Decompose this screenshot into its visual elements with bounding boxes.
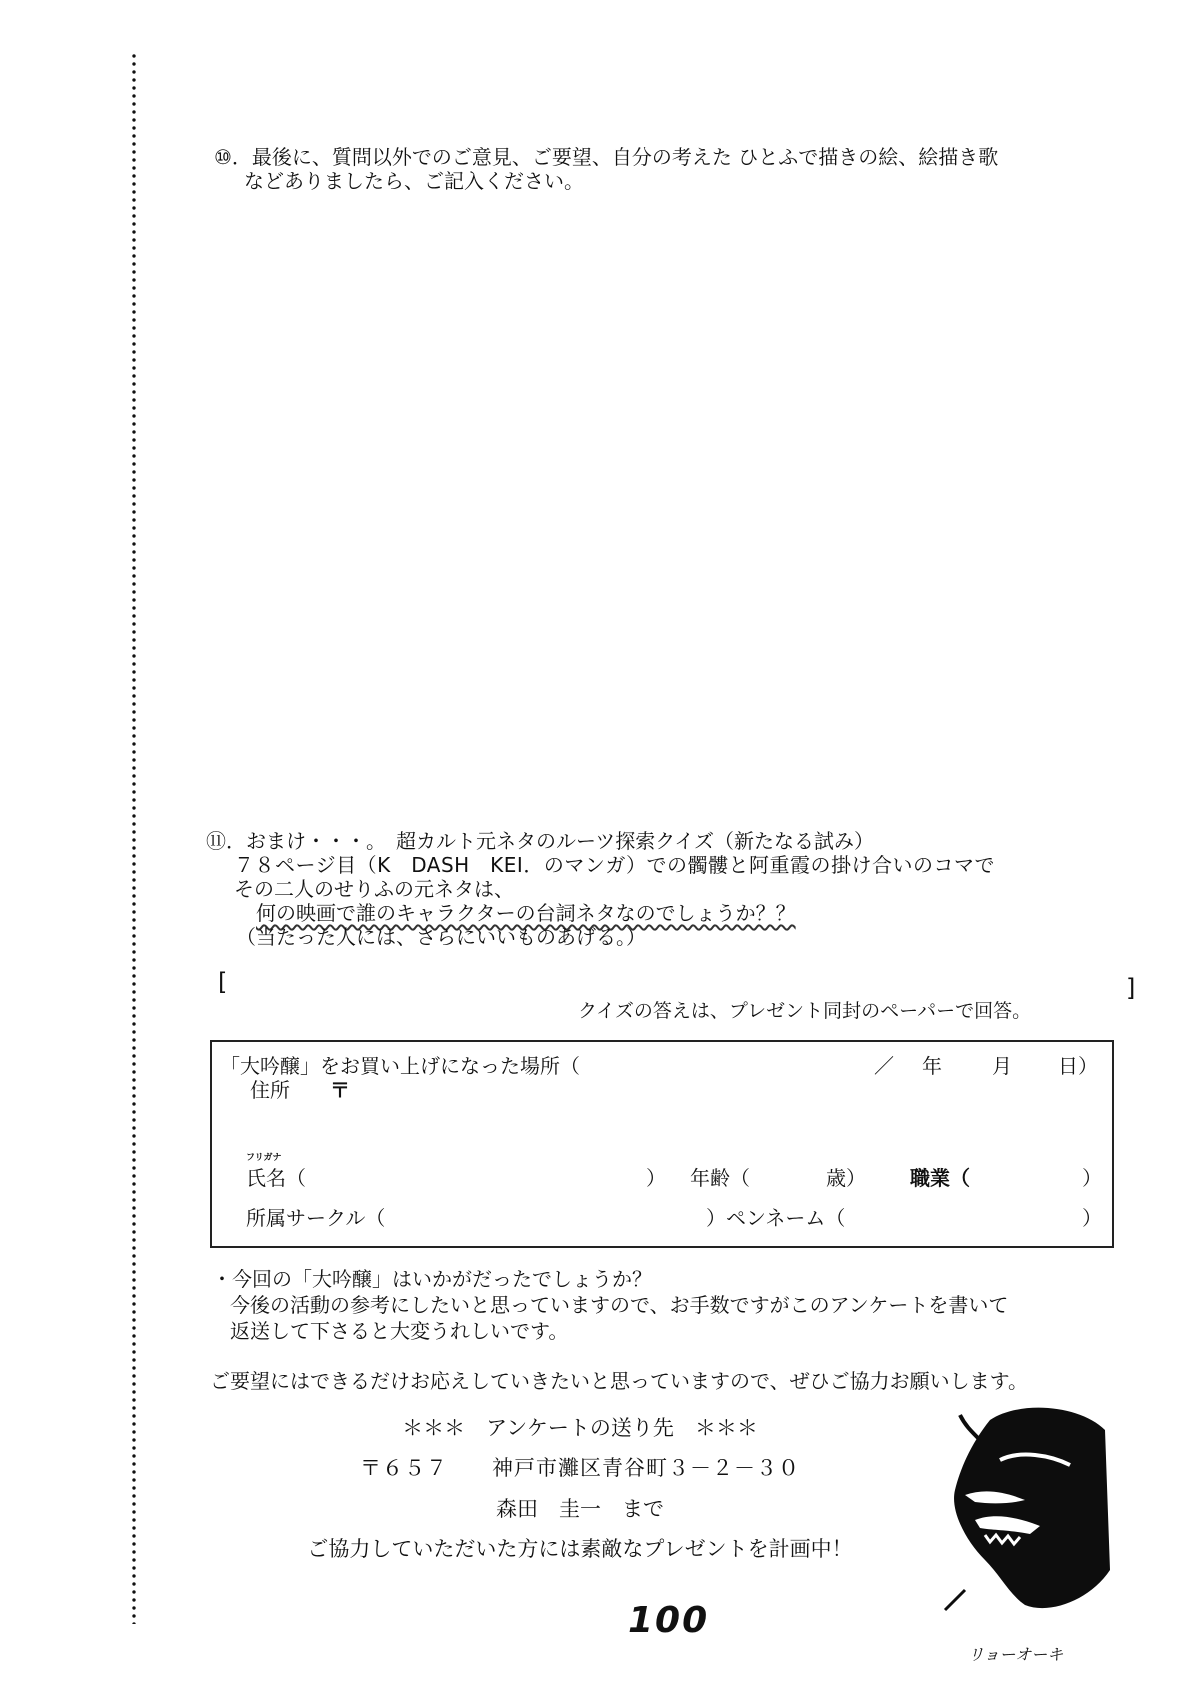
send-to-recipient: 森田 圭一 まで <box>300 1493 860 1523</box>
name-close: ） <box>646 1162 666 1191</box>
postal-mark: 〒 <box>330 1074 350 1103</box>
address-label: 住所 <box>250 1074 290 1103</box>
purchase-place-field[interactable] <box>598 1050 788 1076</box>
address-field[interactable] <box>362 1074 1062 1124</box>
age-field[interactable] <box>772 1162 812 1188</box>
penname-close: ） <box>1082 1202 1102 1231</box>
circle-field[interactable] <box>402 1202 692 1228</box>
answer-open-bracket: [ <box>218 968 227 996</box>
closing-message: ご要望にはできるだけお応えしていきたいと思っていますので、ぜひご協力お願いします… <box>210 1365 1028 1394</box>
penname-field[interactable] <box>880 1202 1070 1228</box>
question-10-line-2: などありましたら、ご記入ください。 <box>214 169 998 193</box>
penname-label: ）ペンネーム（ <box>706 1202 845 1231</box>
question-11-line-3: その二人のせりふの元ネタは、 <box>206 877 995 901</box>
question-11-line-5: （当たった人には、さらにいいものあげる。） <box>206 925 995 949</box>
monster-illustration <box>930 1400 1110 1630</box>
question-11-line-1: ⑪．おまけ・・・。 超カルト元ネタのルーツ探索クイズ（新たなる試み） <box>206 829 995 853</box>
name-label: 氏名（ <box>246 1162 306 1191</box>
send-to-address: 〒６５７ 神戸市灘区青谷町３－２－３０ <box>300 1452 860 1482</box>
survey-line-2: 今後の活動の参考にしたいと思っていますので、お手数ですがこのアンケートを書いて <box>212 1292 1008 1318</box>
dotted-cut-line <box>132 52 136 1624</box>
age-unit: 歳） <box>826 1162 866 1191</box>
present-note: ご協力していただいた方には素敵なプレゼントを計画中！ <box>300 1533 860 1563</box>
age-label: 年齢（ <box>690 1162 750 1191</box>
question-10-line-1: ⑩．最後に、質問以外でのご意見、ご要望、自分の考えた ひとふで描きの絵、絵描き歌 <box>214 145 998 169</box>
day-label: 日） <box>1058 1050 1098 1079</box>
reader-info-form: 「大吟醸」をお買い上げになった場所（ ／ 年 月 日） 住所 〒 フリガナ 氏名… <box>210 1040 1114 1248</box>
name-field[interactable] <box>332 1162 632 1188</box>
job-field[interactable] <box>982 1162 1062 1188</box>
survey-request: ・今回の「大吟醸」はいかがだったでしょうか？ 今後の活動の参考にしたいと思ってい… <box>212 1266 1008 1344</box>
survey-line-1: ・今回の「大吟醸」はいかがだったでしょうか？ <box>212 1266 1008 1292</box>
question-11: ⑪．おまけ・・・。 超カルト元ネタのルーツ探索クイズ（新たなる試み） ７８ページ… <box>206 829 995 949</box>
question-10: ⑩．最後に、質問以外でのご意見、ご要望、自分の考えた ひとふで描きの絵、絵描き歌… <box>214 145 998 193</box>
question-11-line-4: 何の映画で誰のキャラクターの台詞ネタなのでしょうか？？ <box>206 901 995 925</box>
illustrator-signature: リョーオーキ <box>968 1642 1063 1665</box>
job-label: 職業（ <box>910 1162 970 1191</box>
job-close: ） <box>1082 1162 1102 1191</box>
question-11-line-2: ７８ページ目（K DASH KEI．のマンガ）での髑髏と阿重霞の掛け合いのコマで <box>206 853 995 877</box>
send-to-title: ＊＊＊ アンケートの送り先 ＊＊＊ <box>300 1412 860 1442</box>
survey-line-3: 返送して下さると大変うれしいです。 <box>212 1318 1008 1344</box>
quiz-answer-note: クイズの答えは、プレゼント同封のペーパーで回答。 <box>578 996 1031 1023</box>
answer-close-bracket: ] <box>1126 974 1135 1002</box>
page-number: 100 <box>628 1600 709 1641</box>
circle-label: 所属サークル（ <box>246 1202 385 1231</box>
